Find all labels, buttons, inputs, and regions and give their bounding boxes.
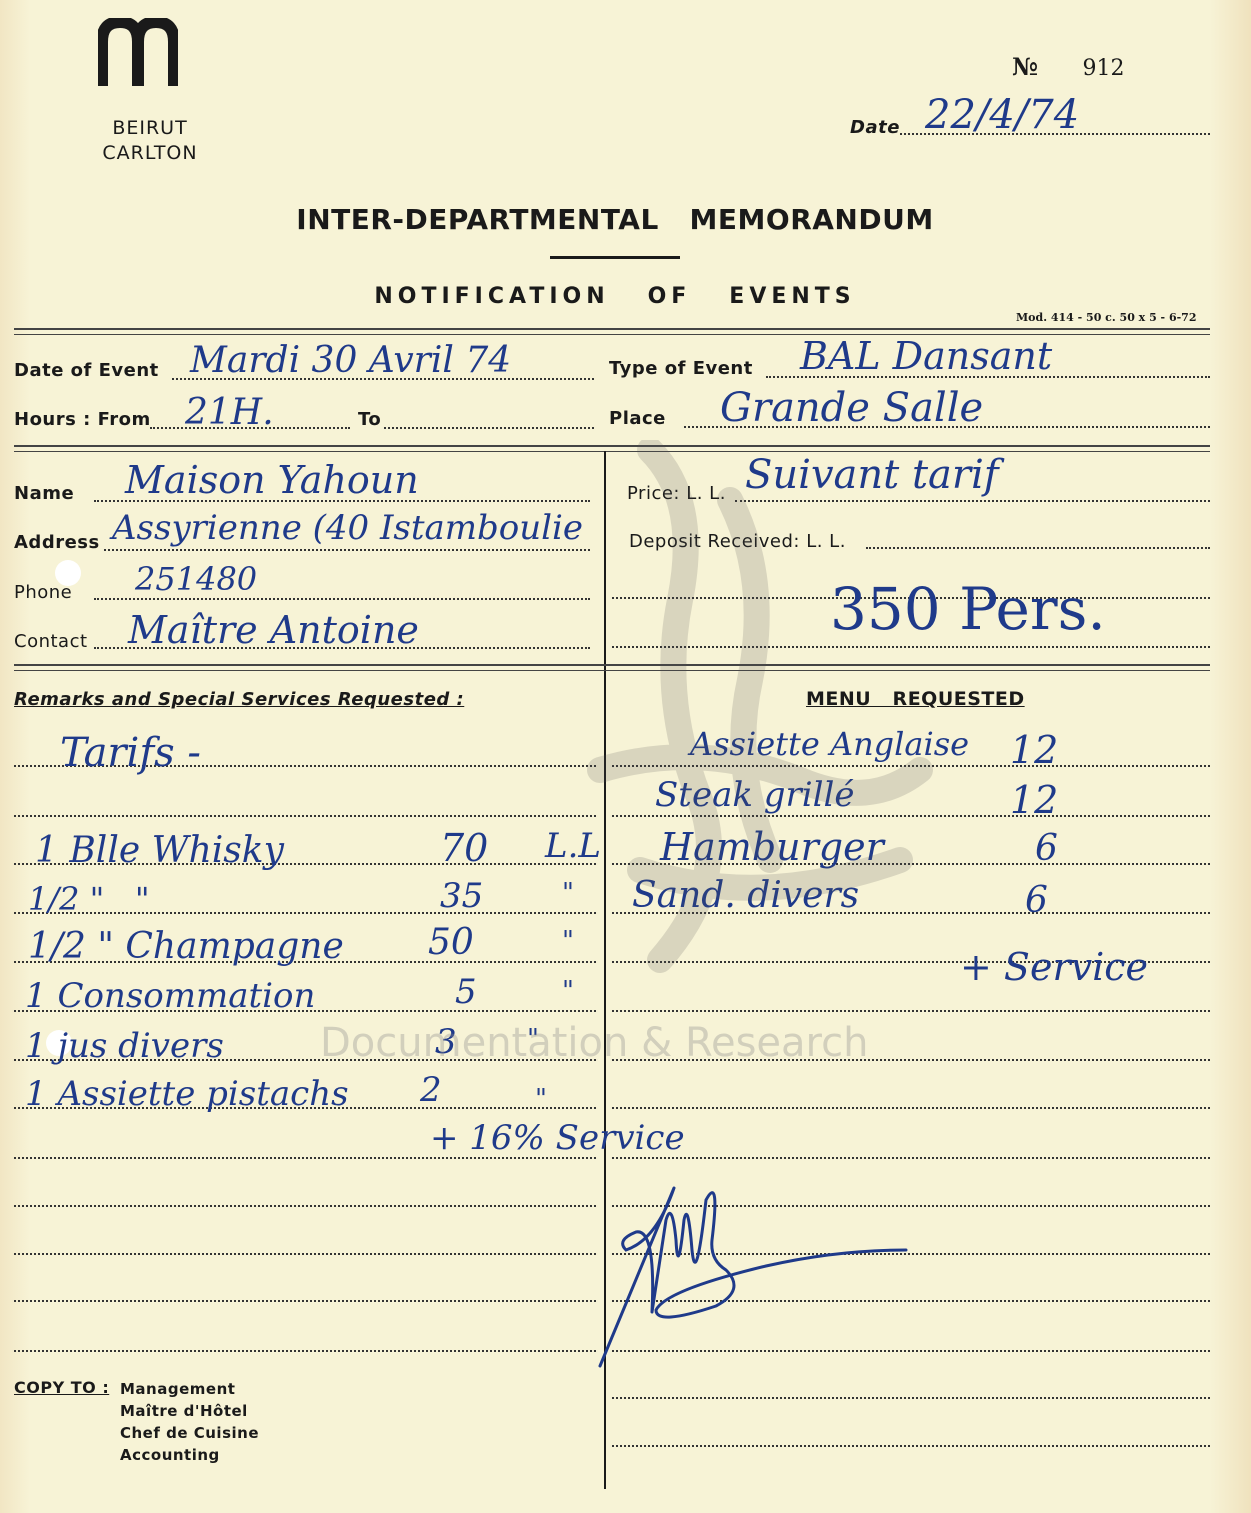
copy-to-recipients: Management Maître d'Hôtel Chef de Cuisin… [120,1378,259,1466]
remarks-line-12 [14,1300,596,1302]
page-title: INTER-DEPARTMENTAL MEMORANDUM [0,203,1230,236]
remarks-item-desc: 1 Blle Whisky [35,830,284,871]
hours-to-line [384,427,594,429]
copy-to-recipient: Management [120,1378,259,1400]
hotel-name: BEIRUT CARLTON [60,116,240,166]
number-value: 912 [1082,56,1124,81]
remarks-service-note[interactable]: + 16% Service [430,1118,685,1158]
menu-line-15 [612,1445,1210,1447]
title-underline [550,256,680,259]
name-value[interactable]: Maison Yahoun [125,458,419,502]
number-label: № [1012,52,1038,81]
remarks-item-desc: 1 Consommation [25,976,315,1016]
date-of-event-value[interactable]: Mardi 30 Avril 74 [190,340,511,381]
menu-service-note[interactable]: + Service [960,945,1148,989]
remarks-item-desc: 1/2 " Champagne [28,926,344,967]
address-label: Address [14,532,100,553]
watermark-text: Documentation & Research [320,1020,868,1066]
remarks-item-price: 70 [440,826,488,870]
contact-label: Contact [14,631,88,652]
remarks-line-2 [14,815,596,817]
menu-item-price: 6 [1025,880,1048,921]
copy-to-label: COPY TO : [14,1378,109,1397]
hotel-name-line2: CARLTON [60,141,240,166]
copy-to-recipient: Maître d'Hôtel [120,1400,259,1422]
divider-top-1 [14,328,1210,330]
signature-icon [596,1180,916,1380]
phone-value[interactable]: 251480 [135,560,257,598]
remarks-item-desc: 1 Assiette pistachs [25,1074,349,1114]
form-code: Mod. 414 - 50 c. 50 x 5 - 6-72 [1016,311,1196,324]
hours-from-label: Hours : From [14,409,151,430]
remarks-line-10 [14,1205,596,1207]
memo-number: № 912 [1012,52,1124,81]
menu-line-6 [612,1010,1210,1012]
copy-to-recipient: Chef de Cuisine [120,1422,259,1444]
punch-hole-top [55,560,81,586]
menu-item-price: 6 [1035,828,1058,869]
place-label: Place [609,408,666,429]
remarks-item-desc: 1/2 " " [28,880,150,918]
menu-line-8 [612,1107,1210,1109]
remarks-line-13 [14,1350,596,1352]
remarks-item-price: 35 [440,876,483,916]
remarks-item-price: 5 [455,972,477,1012]
date-of-event-label: Date of Event [14,360,159,381]
date-value[interactable]: 22/4/74 [925,92,1079,138]
hours-from-value[interactable]: 21H. [185,392,274,433]
address-line [104,549,590,551]
remarks-item-unit: " [535,1084,547,1114]
hotel-name-line1: BEIRUT [60,116,240,141]
menu-item-price: 12 [1010,728,1058,772]
menu-item-price: 12 [1010,778,1058,822]
phone-line [94,598,590,600]
remarks-item-price: 50 [428,922,474,963]
page-subtitle: NOTIFICATION OF EVENTS [0,284,1230,309]
watermark-calligraphy-icon [540,440,960,1000]
type-of-event-value[interactable]: BAL Dansant [800,334,1052,378]
menu-line-14 [612,1397,1210,1399]
type-of-event-label: Type of Event [609,358,753,379]
remarks-title-line[interactable]: Tarifs - [60,730,201,776]
remarks-item-desc: 1 jus divers [25,1026,224,1066]
address-value[interactable]: Assyrienne (40 Istamboulie [112,508,583,548]
remarks-heading: Remarks and Special Services Requested : [14,689,464,710]
remarks-item-price: 2 [420,1070,442,1110]
date-label: Date [850,117,900,138]
place-value[interactable]: Grande Salle [720,385,983,431]
hotel-logo [98,18,178,91]
name-label: Name [14,483,74,504]
remarks-line-11 [14,1253,596,1255]
hours-to-label: To [358,409,381,430]
copy-to-block: COPY TO : [14,1378,109,1398]
m-logo-icon [98,18,178,86]
contact-value[interactable]: Maître Antoine [128,608,419,652]
copy-to-recipient: Accounting [120,1444,259,1466]
menu-line-9 [612,1157,1210,1159]
